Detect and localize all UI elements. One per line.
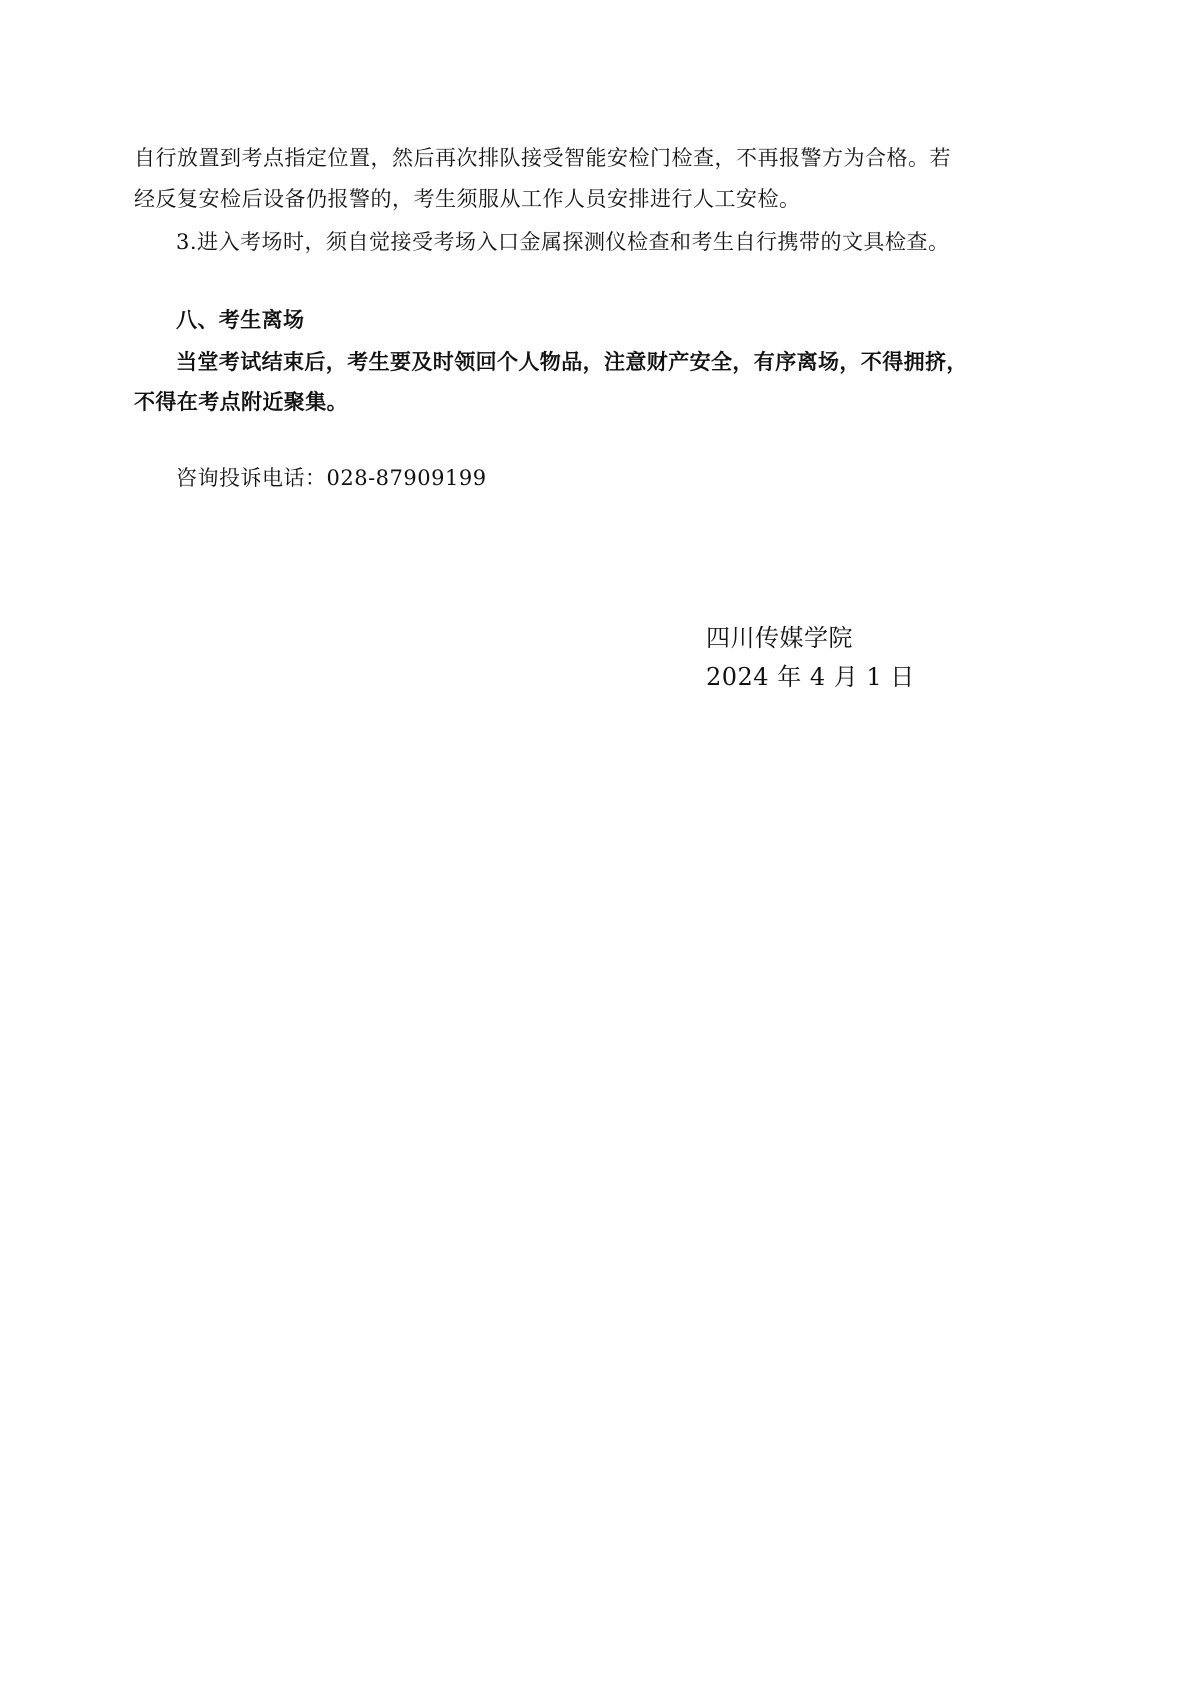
contact-phone: 咨询投诉电话：028-87909199 — [176, 464, 487, 492]
section-body-line: 当堂考试结束后，考生要及时领回个人物品，注意财产安全，有序离场，不得拥挤， — [176, 348, 968, 376]
paragraph-item-3: 3.进入考场时，须自觉接受考场入口金属探测仪检查和考生自行携带的文具检查。 — [176, 228, 950, 256]
paragraph-line: 经反复安检后设备仍报警的，考生须服从工作人员安排进行人工安检。 — [134, 185, 801, 213]
signature-date: 2024 年 4 月 1 日 — [706, 661, 915, 693]
paragraph-line: 自行放置到考点指定位置，然后再次排队接受智能安检门检查，不再报警方为合格。若 — [134, 144, 951, 172]
section-body-line: 不得在考点附近聚集。 — [134, 388, 348, 416]
signature-organization: 四川传媒学院 — [706, 622, 853, 654]
section-heading: 八、考生离场 — [176, 306, 304, 334]
